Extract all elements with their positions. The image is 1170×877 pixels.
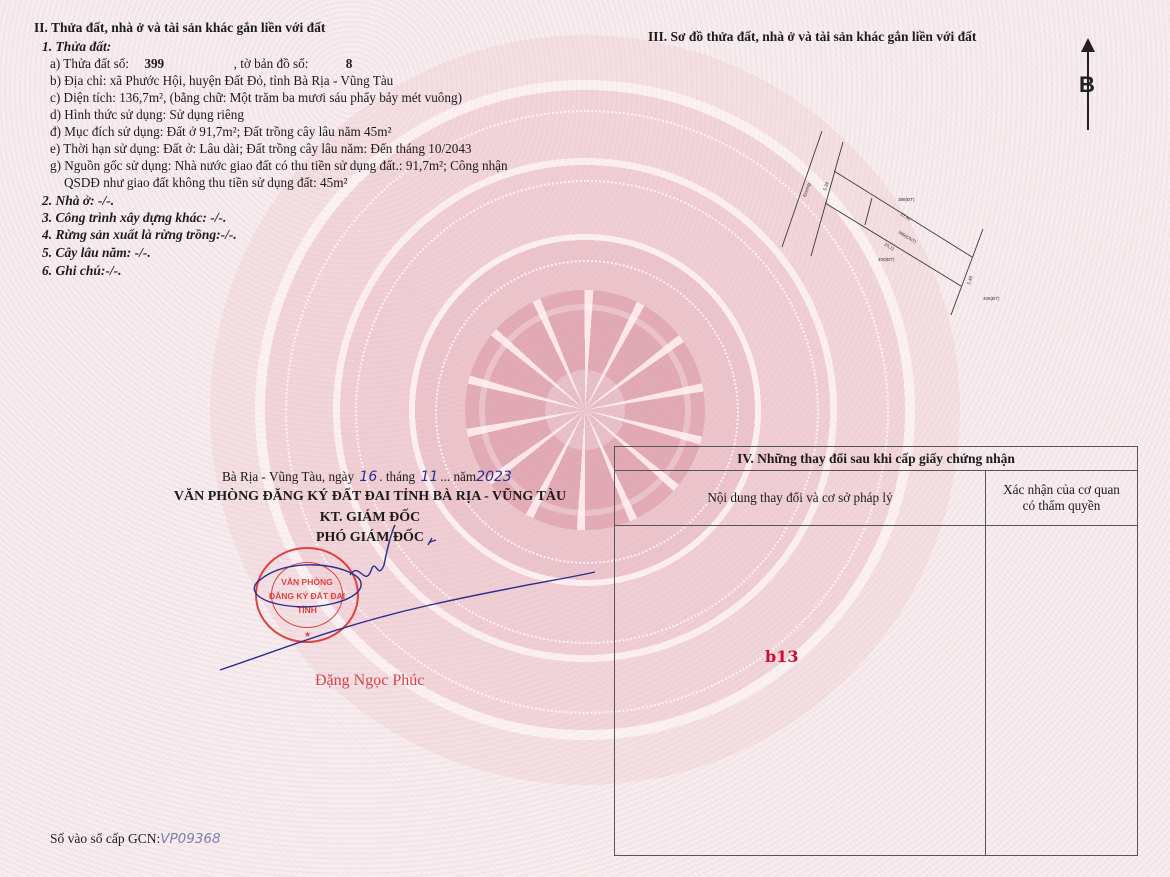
changes-table-header: Nội dung thay đổi và cơ sở pháp lý Xác n… xyxy=(615,470,1137,526)
parcel-west-line xyxy=(811,142,843,256)
date-year: 2023 xyxy=(476,469,512,485)
parcel-south-line xyxy=(825,203,961,286)
item-house: 2. Nhà ở: -/-. xyxy=(42,193,114,209)
label-south-parcel: 400(ĐT) xyxy=(878,257,895,262)
label-top-length: 27,40 xyxy=(899,212,912,222)
item-perennial-trees: 5. Cây lâu năm: -/-. xyxy=(42,245,151,261)
stamp-line-1: VĂN PHÒNG xyxy=(257,577,357,587)
map-sheet-label: , tờ bản đồ số: xyxy=(234,56,309,71)
stamp-star-icon: ★ xyxy=(304,630,311,639)
item-planted-forest: 4. Rừng sản xuất là rừng trồng:-/-. xyxy=(42,227,237,243)
usage-purpose-line: đ) Mục đích sử dụng: Đất ở 91,7m²; Đất t… xyxy=(50,124,391,140)
signer-position: PHÓ GIÁM ĐỐC xyxy=(270,530,470,546)
issue-date-line: Bà Rịa - Vũng Tàu, ngày 16. tháng 11... … xyxy=(222,469,512,485)
changes-table: IV. Những thay đổi sau khi cấp giấy chứn… xyxy=(614,446,1138,856)
official-stamp: VĂN PHÒNG ĐĂNG KÝ ĐẤT ĐAI TỈNH ★ xyxy=(255,547,359,643)
usage-form-line: d) Hình thức sử dụng: Sử dụng riêng xyxy=(50,107,244,123)
header-authority-confirmation: Xác nhận của cơ quan có thẩm quyền xyxy=(985,470,1137,525)
label-north-parcel: 398(ĐT) xyxy=(898,197,915,202)
item-notes: 6. Ghi chú:-/-. xyxy=(42,263,122,279)
date-day: 16 xyxy=(357,469,379,485)
label-east-parcel: 406(ĐT) xyxy=(983,296,1000,301)
parcel-diagram: Đường 5,34 398(ĐT) 27,40 399(ONT) 25,11 … xyxy=(780,125,1040,325)
date-month: 11 xyxy=(418,469,440,485)
on-behalf-title: KT. GIÁM ĐỐC xyxy=(270,510,470,526)
land-heading: 1. Thửa đất: xyxy=(42,39,111,55)
parcel-east-line xyxy=(951,229,983,315)
parcel-line: a) Thửa đất số: 399 , tờ bản đồ số: 8 xyxy=(50,56,352,72)
area-line: c) Diện tích: 136,7m², (bằng chữ: Một tr… xyxy=(50,90,462,106)
header-confirm-line-1: Xác nhận của cơ quan xyxy=(1003,482,1120,498)
item-other-construction: 3. Công trình xây dựng khác: -/-. xyxy=(42,210,226,226)
issuing-office: VĂN PHÒNG ĐĂNG KÝ ĐẤT ĐAI TỈNH BÀ RỊA - … xyxy=(170,489,570,505)
section2-title: II. Thửa đất, nhà ở và tài sản khác gắn … xyxy=(34,20,325,36)
registry-number: VP09368 xyxy=(160,831,220,847)
label-center-parcel: 399(ONT) xyxy=(897,230,917,245)
north-arrow-head-icon xyxy=(1081,38,1095,52)
origin-line-1: g) Nguồn gốc sử dụng: Nhà nước giao đất … xyxy=(50,158,508,174)
usage-term-line: e) Thời hạn sử dụng: Đất ở: Lâu dài; Đất… xyxy=(50,141,472,157)
address-line: b) Địa chỉ: xã Phước Hội, huyện Đất Đỏ, … xyxy=(50,73,393,89)
parcel-number: 399 xyxy=(132,56,230,72)
red-mark-label: b13 xyxy=(765,647,798,666)
column-divider xyxy=(985,525,986,855)
north-arrow: B xyxy=(1078,38,1098,130)
map-sheet-number: 8 xyxy=(312,56,353,71)
label-bottom-length: 25,11 xyxy=(883,242,895,252)
section4-title: IV. Những thay đổi sau khi cấp giấy chứn… xyxy=(615,447,1137,471)
signer-name: Đặng Ngọc Phúc xyxy=(315,672,424,690)
header-confirm-line-2: có thẩm quyền xyxy=(1003,498,1120,514)
stamp-line-3: TỈNH xyxy=(257,605,357,615)
header-change-content: Nội dung thay đổi và cơ sở pháp lý xyxy=(615,470,985,525)
date-month-label: tháng xyxy=(386,469,415,484)
date-year-label: năm xyxy=(453,469,476,484)
north-letter: B xyxy=(1079,72,1095,98)
section3-title: III. Sơ đồ thửa đất, nhà ở và tài sản kh… xyxy=(648,29,976,45)
parcel-label: a) Thửa đất số: xyxy=(50,56,129,71)
stamp-line-2: ĐĂNG KÝ ĐẤT ĐAI xyxy=(257,591,357,601)
registry-label: Số vào sổ cấp GCN: xyxy=(50,831,160,846)
internal-divider-line xyxy=(865,198,872,225)
road-edge-line xyxy=(782,131,822,247)
label-west-width: 5,34 xyxy=(822,181,830,191)
date-prefix: Bà Rịa - Vũng Tàu, ngày xyxy=(222,469,354,484)
label-east-width: 5,48 xyxy=(966,275,974,285)
registry-line: Số vào sổ cấp GCN:VP09368 xyxy=(50,831,221,847)
origin-line-2: QSDĐ như giao đất không thu tiền sử dụng… xyxy=(64,175,347,191)
